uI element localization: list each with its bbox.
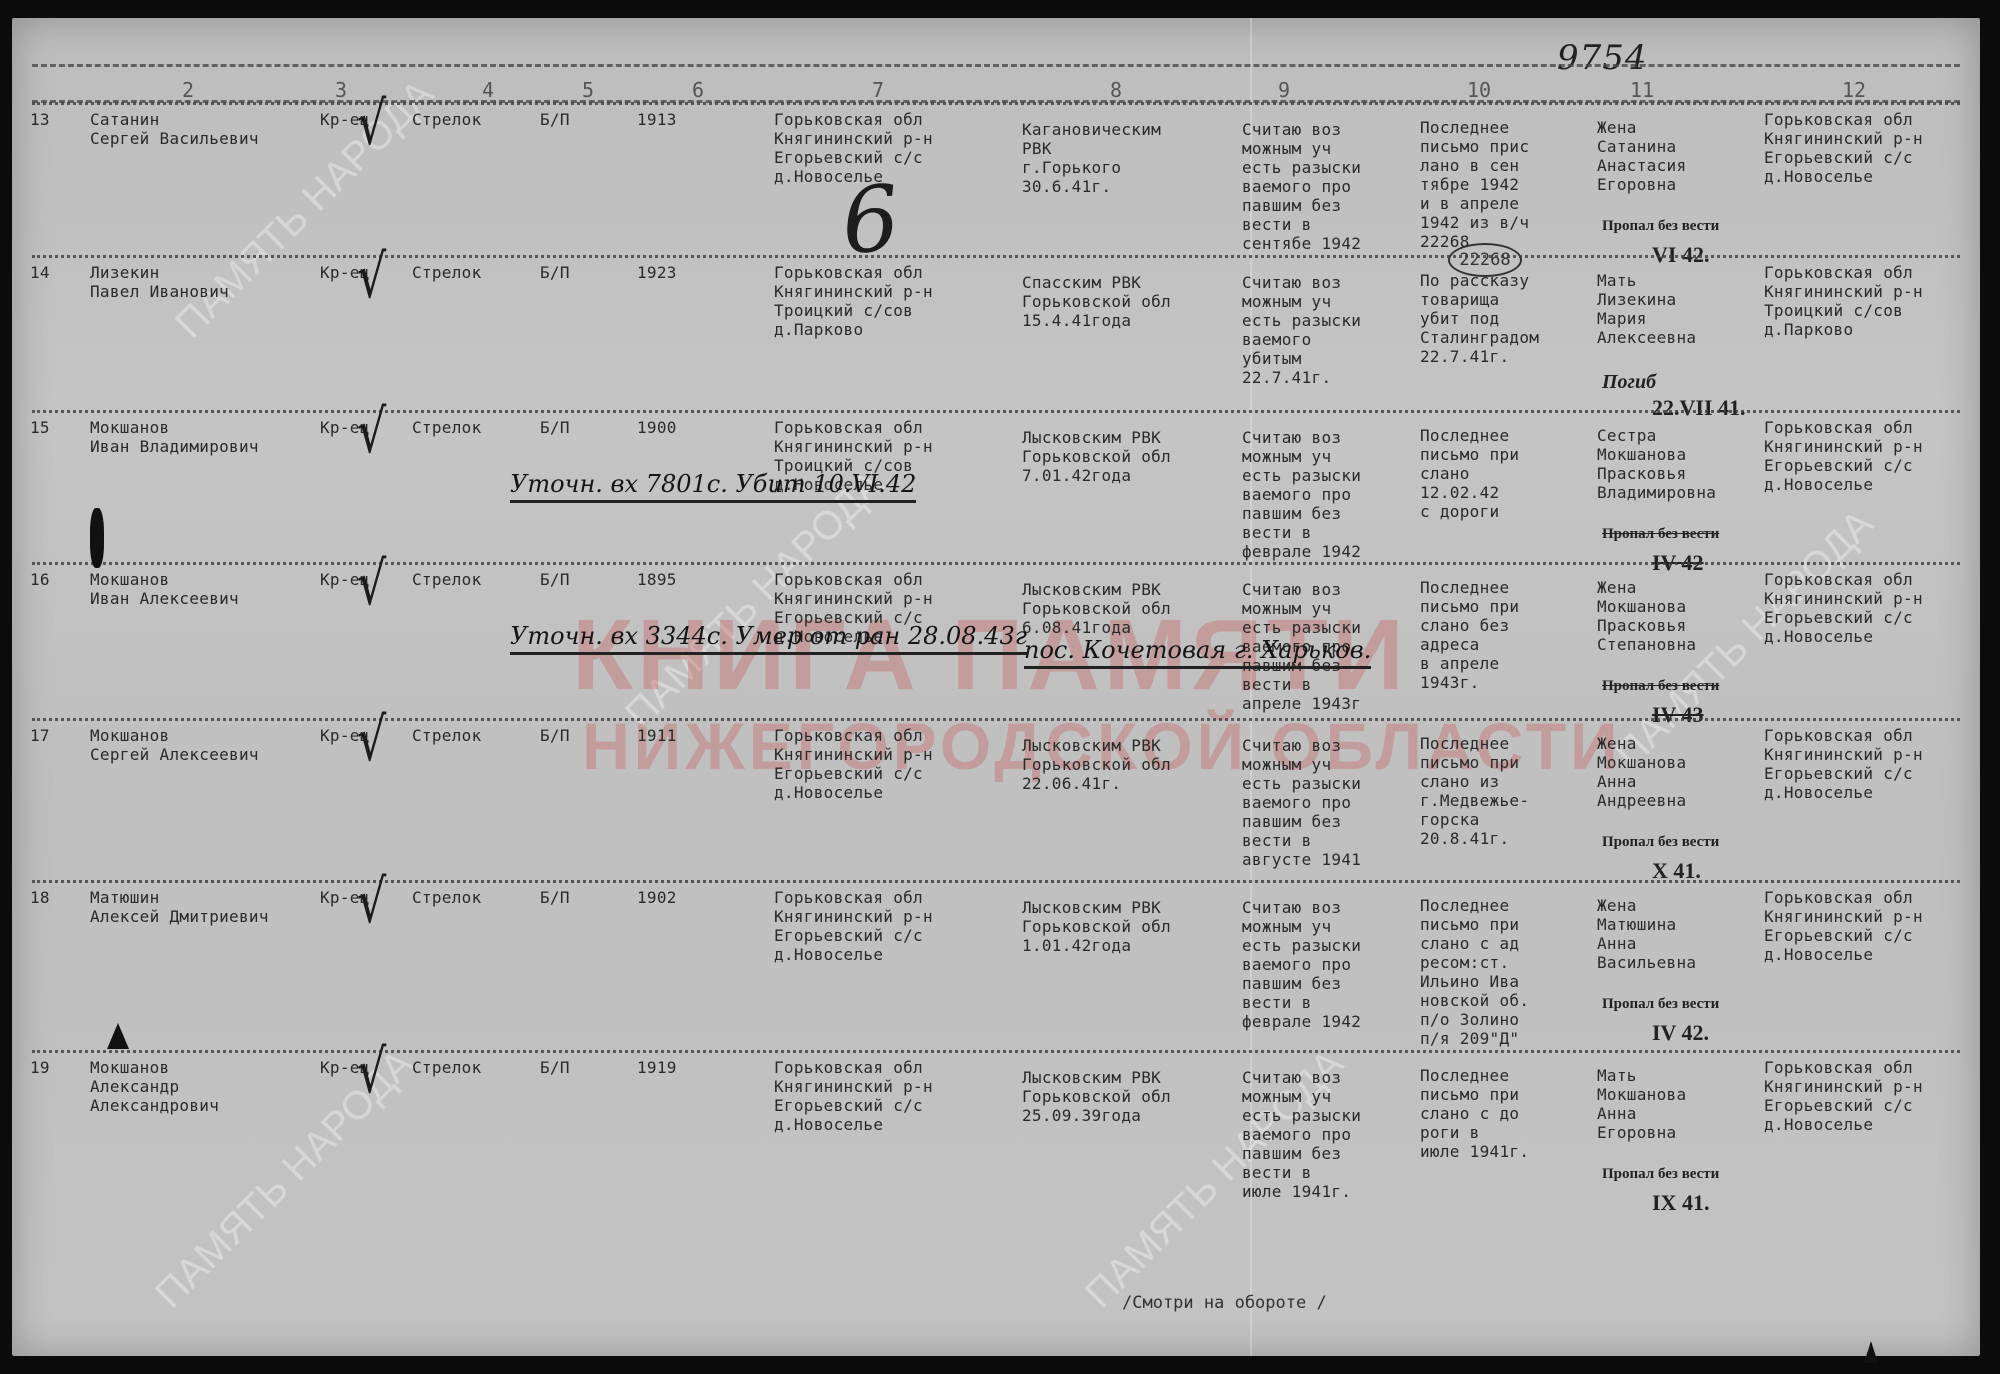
last-letter-info: Последнее письмо прис лано в сен тябре 1… (1420, 118, 1529, 251)
last-letter-info: Последнее письмо при слано без адреса в … (1420, 578, 1519, 692)
column-number: 6 (692, 78, 704, 102)
military-position: Стрелок (412, 570, 482, 589)
column-number: 8 (1110, 78, 1122, 102)
fate-status: Пропал без вести (1602, 1166, 1719, 1183)
birth-address: Горьковская обл Княгининский р-н Егорьев… (774, 726, 933, 802)
birth-year: 1913 (637, 110, 677, 129)
next-of-kin: Жена Сатанина Анастасия Егоровна (1597, 118, 1686, 194)
column-number: 10 (1467, 78, 1491, 102)
birth-year: 1919 (637, 1058, 677, 1077)
column-number: 5 (582, 78, 594, 102)
record-number: 15 (30, 418, 50, 437)
birth-year: 1900 (637, 418, 677, 437)
draft-office: Кагановическим РВК г.Горького 30.6.41г. (1022, 120, 1161, 196)
military-position: Стрелок (412, 110, 482, 129)
next-of-kin-address: Горьковская обл Княгининский р-н Егорьев… (1764, 418, 1923, 494)
last-letter-info: Последнее письмо при слано с до роги в и… (1420, 1066, 1529, 1161)
next-of-kin-address: Горьковская обл Княгининский р-н Егорьев… (1764, 570, 1923, 646)
party-membership: Б/П (540, 418, 570, 437)
checkmark-icon: √ (357, 866, 386, 936)
soldier-full-name: Мокшанов Александр Александрович (90, 1058, 219, 1115)
fate-status: Пропал без вести (1602, 678, 1719, 695)
draft-office: Лысковским РВК Горьковской обл 25.09.39г… (1022, 1068, 1171, 1125)
birth-address: Горьковская обл Княгининский р-н Егорьев… (774, 888, 933, 964)
soldier-full-name: Мокшанов Иван Алексеевич (90, 570, 239, 608)
fate-status: Пропал без вести (1602, 996, 1719, 1013)
paper-tear (90, 508, 104, 568)
next-of-kin: Сестра Мокшанова Прасковья Владимировна (1597, 426, 1716, 502)
draft-office: Лысковским РВК Горьковской обл 7.01.42го… (1022, 428, 1171, 485)
next-of-kin-address: Горьковская обл Княгининский р-н Егорьев… (1764, 726, 1923, 802)
birth-year: 1895 (637, 570, 677, 589)
next-of-kin: Жена Мокшанова Анна Андреевна (1597, 734, 1686, 810)
column-number: 12 (1842, 78, 1866, 102)
column-number: 3 (335, 78, 347, 102)
checkmark-icon: √ (357, 396, 386, 466)
soldier-full-name: Мокшанов Иван Владимирович (90, 418, 259, 456)
checkmark-icon: √ (357, 548, 386, 618)
archival-document-sheet: ПАМЯТЬ НАРОДА ПАМЯТЬ НАРОДА ПАМЯТЬ НАРОД… (12, 18, 1980, 1356)
fate-status: Пропал без вести (1602, 526, 1719, 543)
missing-conclusion: Считаю воз можным уч есть разыски ваемог… (1242, 428, 1361, 561)
birth-address: Горьковская обл Княгининский р-н Егорьев… (774, 1058, 933, 1134)
fate-date: IV 43 (1652, 702, 1704, 728)
soldier-full-name: Матюшин Алексей Дмитриевич (90, 888, 269, 926)
record-number: 14 (30, 263, 50, 282)
birth-year: 1923 (637, 263, 677, 282)
birth-year: 1902 (637, 888, 677, 907)
draft-office: Лысковским РВК Горьковской обл 6.08.41го… (1022, 580, 1171, 637)
row-separator (32, 562, 1960, 565)
row-separator (32, 255, 1960, 258)
column-number: 2 (182, 78, 194, 102)
paper-tear (107, 1023, 129, 1049)
birth-year: 1911 (637, 726, 677, 745)
party-membership: Б/П (540, 1058, 570, 1077)
handwritten-correction: Уточн. вх 3344с. Умер от ран 28.08.43г (510, 622, 1027, 655)
paper-tear (1864, 1341, 1878, 1363)
next-of-kin: Мать Лизекина Мария Алексеевна (1597, 271, 1696, 347)
checkmark-icon: √ (357, 1036, 386, 1106)
birth-address: Горьковская обл Княгининский р-н Егорьев… (774, 110, 933, 186)
party-membership: Б/П (540, 726, 570, 745)
party-membership: Б/П (540, 888, 570, 907)
row-separator (32, 880, 1960, 883)
row-separator (32, 718, 1960, 721)
party-membership: Б/П (540, 110, 570, 129)
soldier-full-name: Сатанин Сергей Васильевич (90, 110, 259, 148)
footer-see-reverse: /Смотри на обороте / (1122, 1293, 1327, 1313)
fate-date: 22.VII 41. (1652, 395, 1746, 421)
military-position: Стрелок (412, 418, 482, 437)
handwritten-burial-place: пос. Кочетовая г. Харьков. (1024, 636, 1371, 669)
missing-conclusion: Считаю воз можным уч есть разыски ваемог… (1242, 898, 1361, 1031)
sheet-number: 9754 (1557, 38, 1648, 78)
checkmark-icon: √ (357, 241, 386, 311)
fate-date: IX 41. (1652, 1190, 1709, 1216)
record-number: 17 (30, 726, 50, 745)
next-of-kin: Мать Мокшанова Анна Егоровна (1597, 1066, 1686, 1142)
next-of-kin-address: Горьковская обл Княгининский р-н Егорьев… (1764, 110, 1923, 186)
header-rule-top (32, 64, 1960, 67)
record-number: 19 (30, 1058, 50, 1077)
fate-status: Пропал без вести (1602, 834, 1719, 851)
fate-status: Погиб (1602, 371, 1656, 394)
last-letter-info: Последнее письмо при слано с ад ресом:ст… (1420, 896, 1529, 1048)
party-membership: Б/П (540, 570, 570, 589)
column-number: 9 (1278, 78, 1290, 102)
next-of-kin: Жена Мокшанова Прасковья Степановна (1597, 578, 1696, 654)
row-separator (32, 410, 1960, 413)
column-number: 4 (482, 78, 494, 102)
checkmark-icon: √ (357, 704, 386, 774)
column-number: 11 (1630, 78, 1654, 102)
military-position: Стрелок (412, 888, 482, 907)
military-position: Стрелок (412, 263, 482, 282)
draft-office: Лысковским РВК Горьковской обл 22.06.41г… (1022, 736, 1171, 793)
next-of-kin: Жена Матюшина Анна Васильевна (1597, 896, 1696, 972)
record-number: 16 (30, 570, 50, 589)
next-of-kin-address: Горьковская обл Княгининский р-н Егорьев… (1764, 1058, 1923, 1134)
military-position: Стрелок (412, 1058, 482, 1077)
missing-conclusion: Считаю воз можным уч есть разыски ваемог… (1242, 273, 1361, 387)
soldier-full-name: Лизекин Павел Иванович (90, 263, 229, 301)
fate-date: IV 42. (1652, 1020, 1709, 1046)
draft-office: Спасским РВК Горьковской обл 15.4.41года (1022, 273, 1171, 330)
last-letter-info: По рассказу товарища убит под Сталинград… (1420, 271, 1539, 366)
record-number: 13 (30, 110, 50, 129)
fate-status: Пропал без вести (1602, 218, 1719, 235)
last-letter-info: Последнее письмо при слано из г.Медвежье… (1420, 734, 1529, 848)
soldier-full-name: Мокшанов Сергей Алексеевич (90, 726, 259, 764)
missing-conclusion: Считаю воз можным уч есть разыски ваемог… (1242, 1068, 1361, 1201)
birth-address: Горьковская обл Княгининский р-н Троицки… (774, 263, 933, 339)
missing-conclusion: Считаю воз можным уч есть разыски ваемог… (1242, 736, 1361, 869)
checkmark-icon: √ (357, 88, 386, 158)
row-separator (32, 1050, 1960, 1053)
party-membership: Б/П (540, 263, 570, 282)
missing-conclusion: Считаю воз можным уч есть разыски ваемог… (1242, 120, 1361, 253)
column-number: 7 (872, 78, 884, 102)
row-separator (32, 102, 1960, 105)
last-letter-info: Последнее письмо при слано 12.02.42 с до… (1420, 426, 1519, 521)
military-position: Стрелок (412, 726, 482, 745)
draft-office: Лысковским РВК Горьковской обл 1.01.42го… (1022, 898, 1171, 955)
handwritten-correction: Уточн. вх 7801с. Убит 10.VI.42 (510, 470, 916, 503)
next-of-kin-address: Горьковская обл Княгининский р-н Троицки… (1764, 263, 1923, 339)
record-number: 18 (30, 888, 50, 907)
next-of-kin-address: Горьковская обл Княгининский р-н Егорьев… (1764, 888, 1923, 964)
